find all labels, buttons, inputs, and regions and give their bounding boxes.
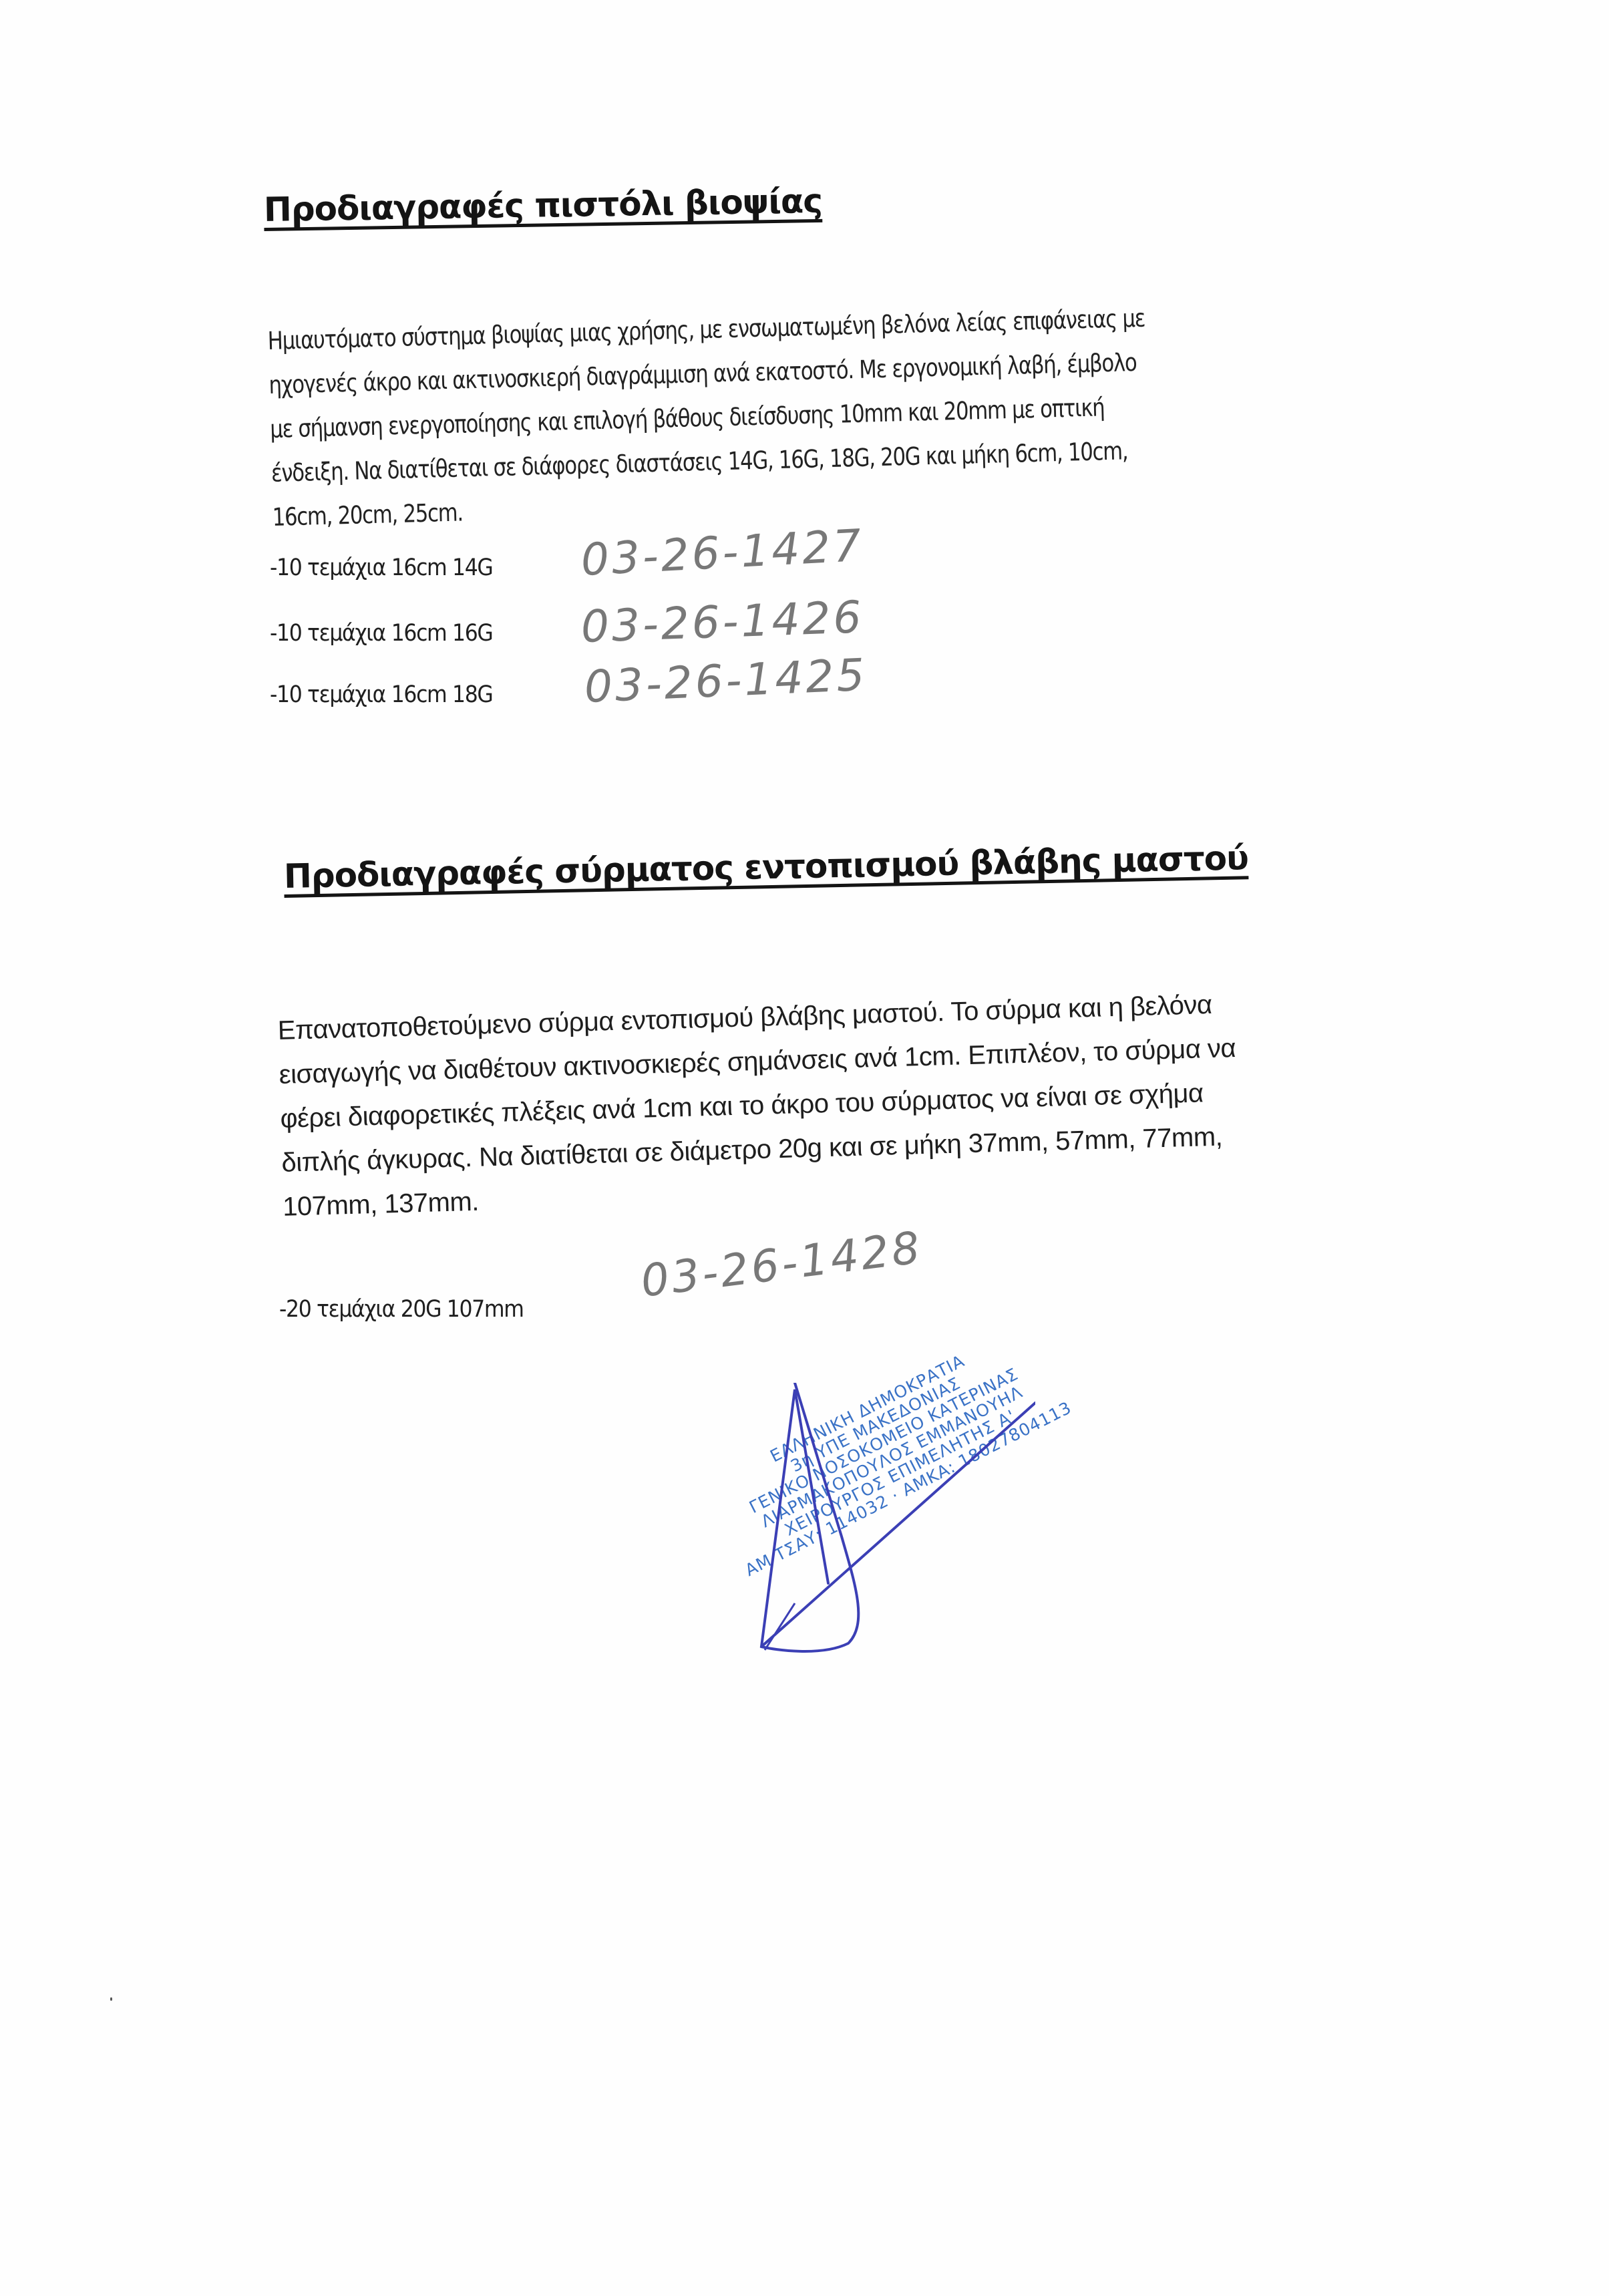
section-heading-localization-wire: Προδιαγραφές σύρματος εντοπισμού βλάβης … [283, 838, 1248, 896]
signature-icon [688, 1383, 1035, 1663]
handwritten-code: 03-26-1428 [638, 1222, 925, 1307]
scanned-page: Προδιαγραφές πιστόλι βιοψίας Ημιαυτόματο… [0, 0, 1609, 2296]
order-item: -20 τεμάχια 20G 107mm [279, 1296, 550, 1323]
official-stamp: ΕΛΛΗΝΙΚΗ ΔΗΜΟΚΡΑΤΙΑ 3η ΥΠΕ ΜΑΚΕΔΟΝΙΑΣ ΓΕ… [688, 1383, 1035, 1663]
order-item: -10 τεμάχια 16cm 18G [270, 681, 518, 708]
localization-wire-specification-paragraph: Επανατοποθετούμενο σύρμα εντοπισμού βλάβ… [277, 982, 1240, 1229]
order-item: -10 τεμάχια 16cm 14G [270, 554, 518, 581]
order-item-label: -10 τεμάχια 16cm 16G [270, 620, 492, 647]
order-item-label: -10 τεμάχια 16cm 18G [270, 681, 492, 708]
order-item-label: -20 τεμάχια 20G 107mm [279, 1296, 524, 1323]
handwritten-code: 03-26-1425 [583, 649, 868, 713]
biopsy-gun-specification-paragraph: Ημιαυτόματο σύστημα βιοψίας μιας χρήσης,… [267, 295, 1226, 540]
section-heading-biopsy-gun: Προδιαγραφές πιστόλι βιοψίας [264, 182, 823, 229]
order-item: -10 τεμάχια 16cm 16G [270, 620, 518, 647]
order-item-label: -10 τεμάχια 16cm 14G [270, 554, 492, 581]
scan-artifact [110, 1997, 112, 2001]
handwritten-code: 03-26-1426 [580, 591, 865, 653]
